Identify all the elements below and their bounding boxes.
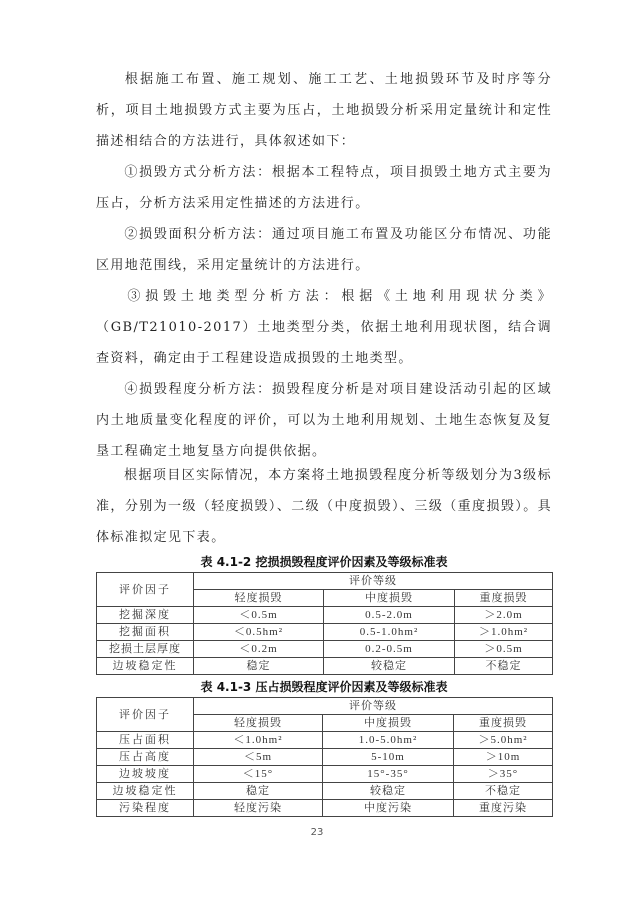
paragraph-method-3: ③损毁土地类型分析方法：根据《土地利用现状分类》（GB/T21010-2017）… [96,281,552,374]
cell-severe: ＞2.0m [455,607,553,624]
cell-moderate: 1.0-5.0hm² [323,732,454,749]
row-factor: 污染程度 [97,800,194,817]
paragraph-text: ③损毁土地类型分析方法：根据《土地利用现状分类》（GB/T21010-2017）… [96,289,552,366]
cell-light: ＜5m [194,749,323,766]
table-row: 挖掘深度 ＜0.5m 0.5-2.0m ＞2.0m [97,607,553,624]
cell-light: ＜15° [194,766,323,783]
row-factor: 挖掘面积 [97,624,194,641]
row-factor: 挖掘深度 [97,607,194,624]
header-grade: 评价等级 [194,573,553,590]
header-factor: 评价因子 [97,573,194,607]
table-header-row: 评价因子 评价等级 [97,698,553,715]
paragraph-method-4: ④损毁程度分析方法：损毁程度分析是对项目建设活动引起的区域内土地质量变化程度的评… [96,374,552,467]
table-occupation-damage: 评价因子 评价等级 轻度损毁 中度损毁 重度损毁 压占面积 ＜1.0hm² 1.… [96,697,553,817]
cell-severe: ＞5.0hm² [454,732,553,749]
cell-severe: 不稳定 [454,783,553,800]
cell-severe: ＞35° [454,766,553,783]
page-number: 23 [0,827,634,838]
paragraph-method-2: ②损毁面积分析方法：通过项目施工布置及功能区分布情况、功能区用地范围线，采用定量… [96,219,552,281]
table-row: 压占面积 ＜1.0hm² 1.0-5.0hm² ＞5.0hm² [97,732,553,749]
cell-moderate: 0.2-0.5m [324,641,455,658]
paragraph-text: 根据施工布置、施工规划、施工工艺、土地损毁环节及时序等分析，项目土地损毁方式主要… [96,72,552,149]
cell-moderate: 0.5-2.0m [324,607,455,624]
paragraph-text: ②损毁面积分析方法：通过项目施工布置及功能区分布情况、功能区用地范围线，采用定量… [96,227,552,273]
table-row: 边坡稳定性 稳定 较稳定 不稳定 [97,658,553,675]
cell-light: ＜0.5hm² [194,624,324,641]
table-row: 边坡坡度 ＜15° 15°-35° ＞35° [97,766,553,783]
cell-severe: ＞1.0hm² [455,624,553,641]
cell-light: 稳定 [194,658,324,675]
cell-light: 稳定 [194,783,323,800]
cell-moderate: 较稳定 [323,783,454,800]
cell-severe: ＞10m [454,749,553,766]
row-factor: 压占面积 [97,732,194,749]
paragraph-text: 根据项目区实际情况，本方案将土地损毁程度分析等级划分为3级标准，分别为一级（轻度… [96,468,552,545]
header-level-light: 轻度损毁 [194,715,323,732]
cell-light: ＜0.2m [194,641,324,658]
cell-light: ＜0.5m [194,607,324,624]
table-excavation-damage: 评价因子 评价等级 轻度损毁 中度损毁 重度损毁 挖掘深度 ＜0.5m 0.5-… [96,572,553,675]
table-row: 挖掘面积 ＜0.5hm² 0.5-1.0hm² ＞1.0hm² [97,624,553,641]
cell-light: ＜1.0hm² [194,732,323,749]
paragraph-grading: 根据项目区实际情况，本方案将土地损毁程度分析等级划分为3级标准，分别为一级（轻度… [96,460,552,553]
cell-moderate: 中度污染 [323,800,454,817]
row-factor: 边坡坡度 [97,766,194,783]
paragraph-intro: 根据施工布置、施工规划、施工工艺、土地损毁环节及时序等分析，项目土地损毁方式主要… [96,64,552,157]
header-level-moderate: 中度损毁 [324,590,455,607]
paragraph-text: ①损毁方式分析方法：根据本工程特点，项目损毁土地方式主要为压占，分析方法采用定性… [96,165,552,211]
cell-severe: 不稳定 [455,658,553,675]
paragraph-text: ④损毁程度分析方法：损毁程度分析是对项目建设活动引起的区域内土地质量变化程度的评… [96,382,552,459]
header-level-severe: 重度损毁 [454,715,553,732]
row-factor: 压占高度 [97,749,194,766]
cell-severe: ＞0.5m [455,641,553,658]
cell-moderate: 5-10m [323,749,454,766]
table-caption-occupation: 表 4.1-3 压占损毁程度评价因素及等级标准表 [96,679,552,695]
cell-moderate: 0.5-1.0hm² [324,624,455,641]
paragraph-method-1: ①损毁方式分析方法：根据本工程特点，项目损毁土地方式主要为压占，分析方法采用定性… [96,157,552,219]
table-row: 边坡稳定性 稳定 较稳定 不稳定 [97,783,553,800]
row-factor: 边坡稳定性 [97,783,194,800]
row-factor: 边坡稳定性 [97,658,194,675]
cell-moderate: 较稳定 [324,658,455,675]
header-grade: 评价等级 [194,698,553,715]
table-row: 挖损土层厚度 ＜0.2m 0.2-0.5m ＞0.5m [97,641,553,658]
header-level-severe: 重度损毁 [455,590,553,607]
table-header-row: 评价因子 评价等级 [97,573,553,590]
header-factor: 评价因子 [97,698,194,732]
table-caption-excavation: 表 4.1-2 挖损损毁程度评价因素及等级标准表 [96,554,552,570]
cell-severe: 重度污染 [454,800,553,817]
table-row: 压占高度 ＜5m 5-10m ＞10m [97,749,553,766]
cell-moderate: 15°-35° [323,766,454,783]
header-level-moderate: 中度损毁 [323,715,454,732]
cell-light: 轻度污染 [194,800,323,817]
table-row: 污染程度 轻度污染 中度污染 重度污染 [97,800,553,817]
header-level-light: 轻度损毁 [194,590,324,607]
row-factor: 挖损土层厚度 [97,641,194,658]
